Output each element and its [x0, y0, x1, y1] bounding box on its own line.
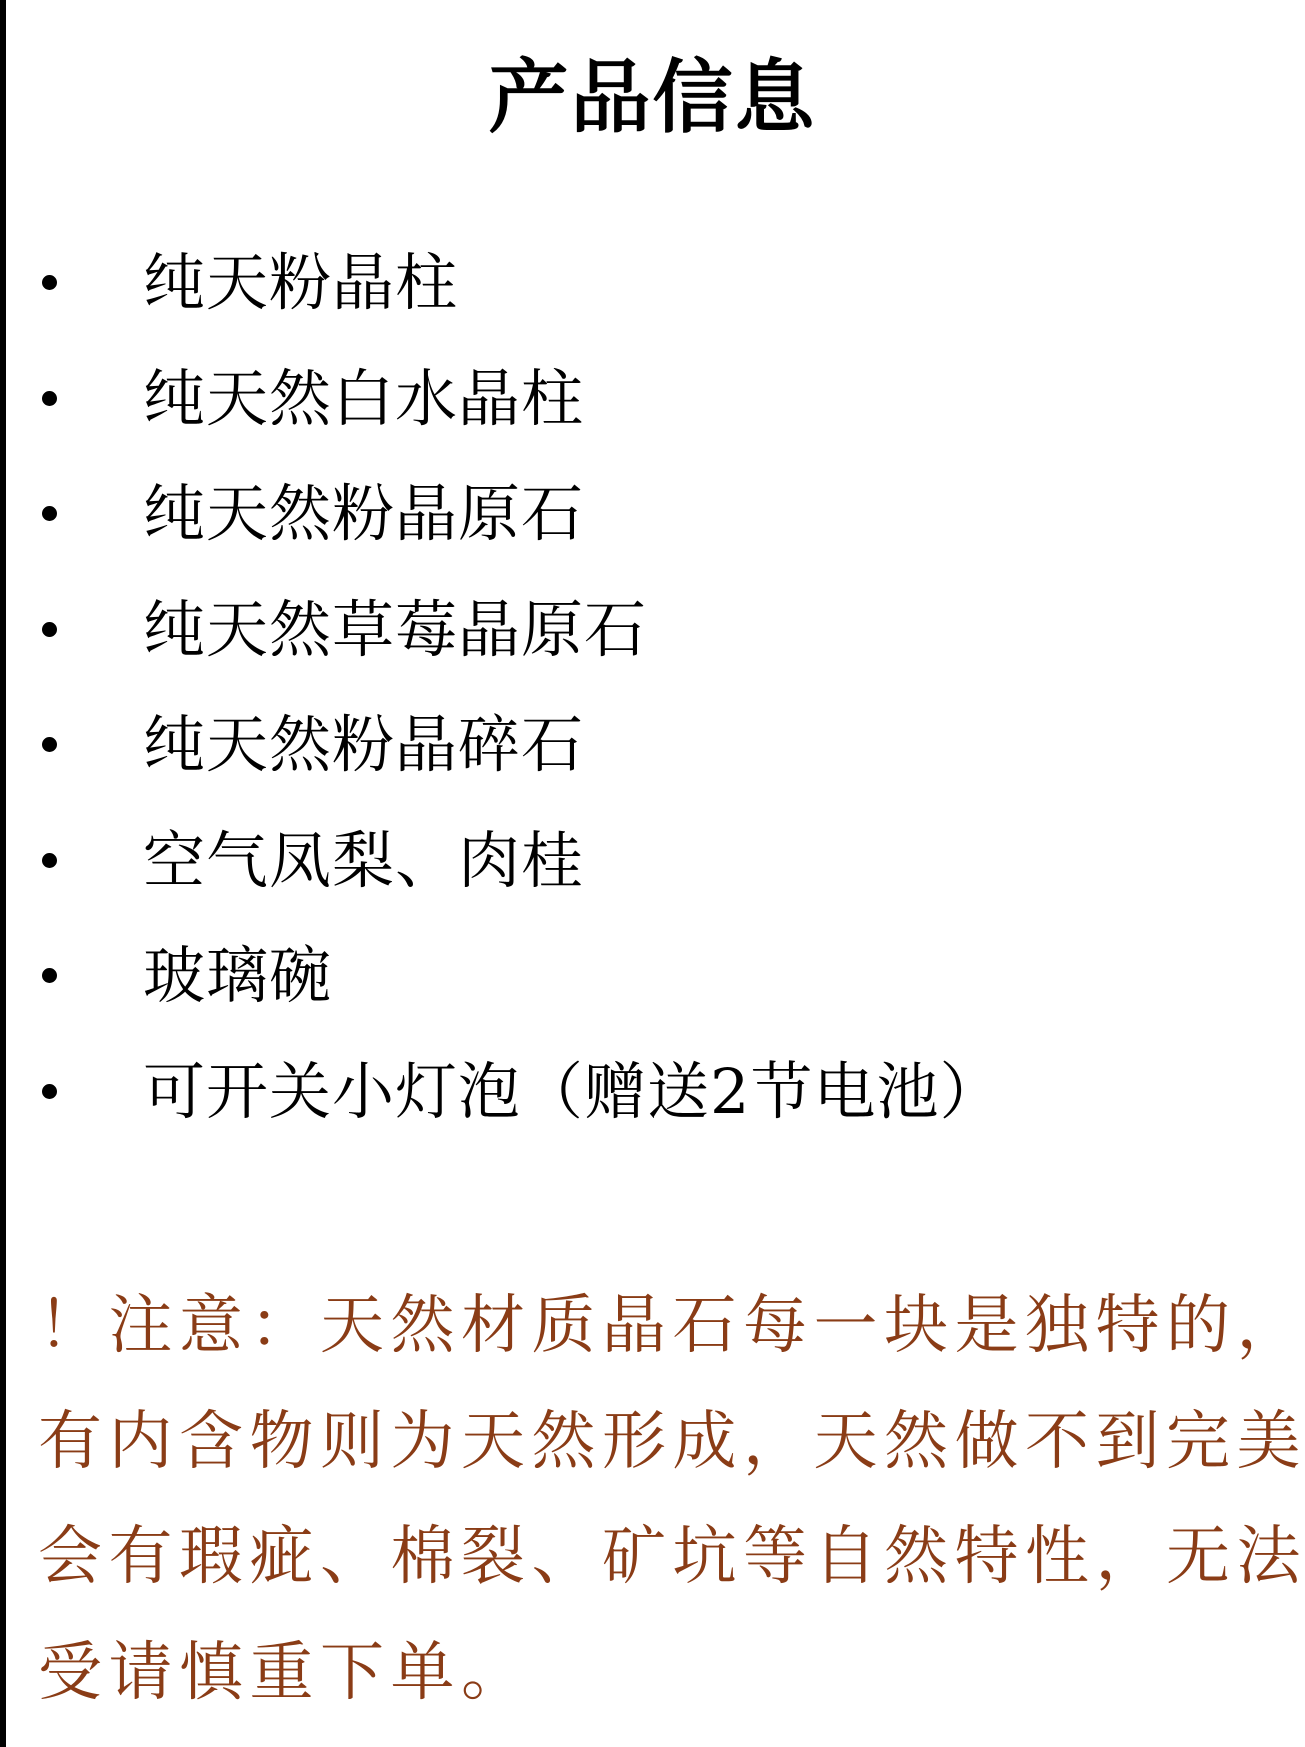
bullet-icon	[42, 622, 57, 637]
list-item-label: 玻璃碗	[143, 941, 332, 1011]
bullet-icon	[42, 1084, 57, 1099]
bullet-icon	[42, 391, 57, 406]
notice-line: 有内含物则为天然形成，天然做不到完美，	[38, 1402, 1268, 1518]
list-item-label: 纯天然粉晶原石	[143, 479, 584, 549]
list-item-label: 纯天然白水晶柱	[143, 364, 584, 434]
page-title: 产品信息	[0, 52, 1305, 142]
list-item-label: 可开关小灯泡（赠送2节电池）	[143, 1057, 1002, 1127]
left-border	[0, 0, 6, 1747]
notice-line: ！注意：天然材质晶石每一块是独特的，如	[38, 1286, 1268, 1402]
notice-paragraph: ！注意：天然材质晶石每一块是独特的，如 有内含物则为天然形成，天然做不到完美， …	[38, 1286, 1268, 1747]
notice-line: 会有瑕疵、棉裂、矿坑等自然特性，无法接	[38, 1517, 1268, 1633]
list-item-label: 空气凤梨、肉桂	[143, 826, 584, 896]
bullet-icon	[42, 506, 57, 521]
bullet-icon	[42, 737, 57, 752]
list-item-label: 纯天粉晶柱	[143, 248, 458, 318]
bullet-icon	[42, 275, 57, 290]
notice-line: 受请慎重下单。	[38, 1633, 1268, 1747]
list-item-label: 纯天然草莓晶原石	[143, 595, 647, 665]
bullet-icon	[42, 853, 57, 868]
list-item-label: 纯天然粉晶碎石	[143, 710, 584, 780]
bullet-icon	[42, 968, 57, 983]
